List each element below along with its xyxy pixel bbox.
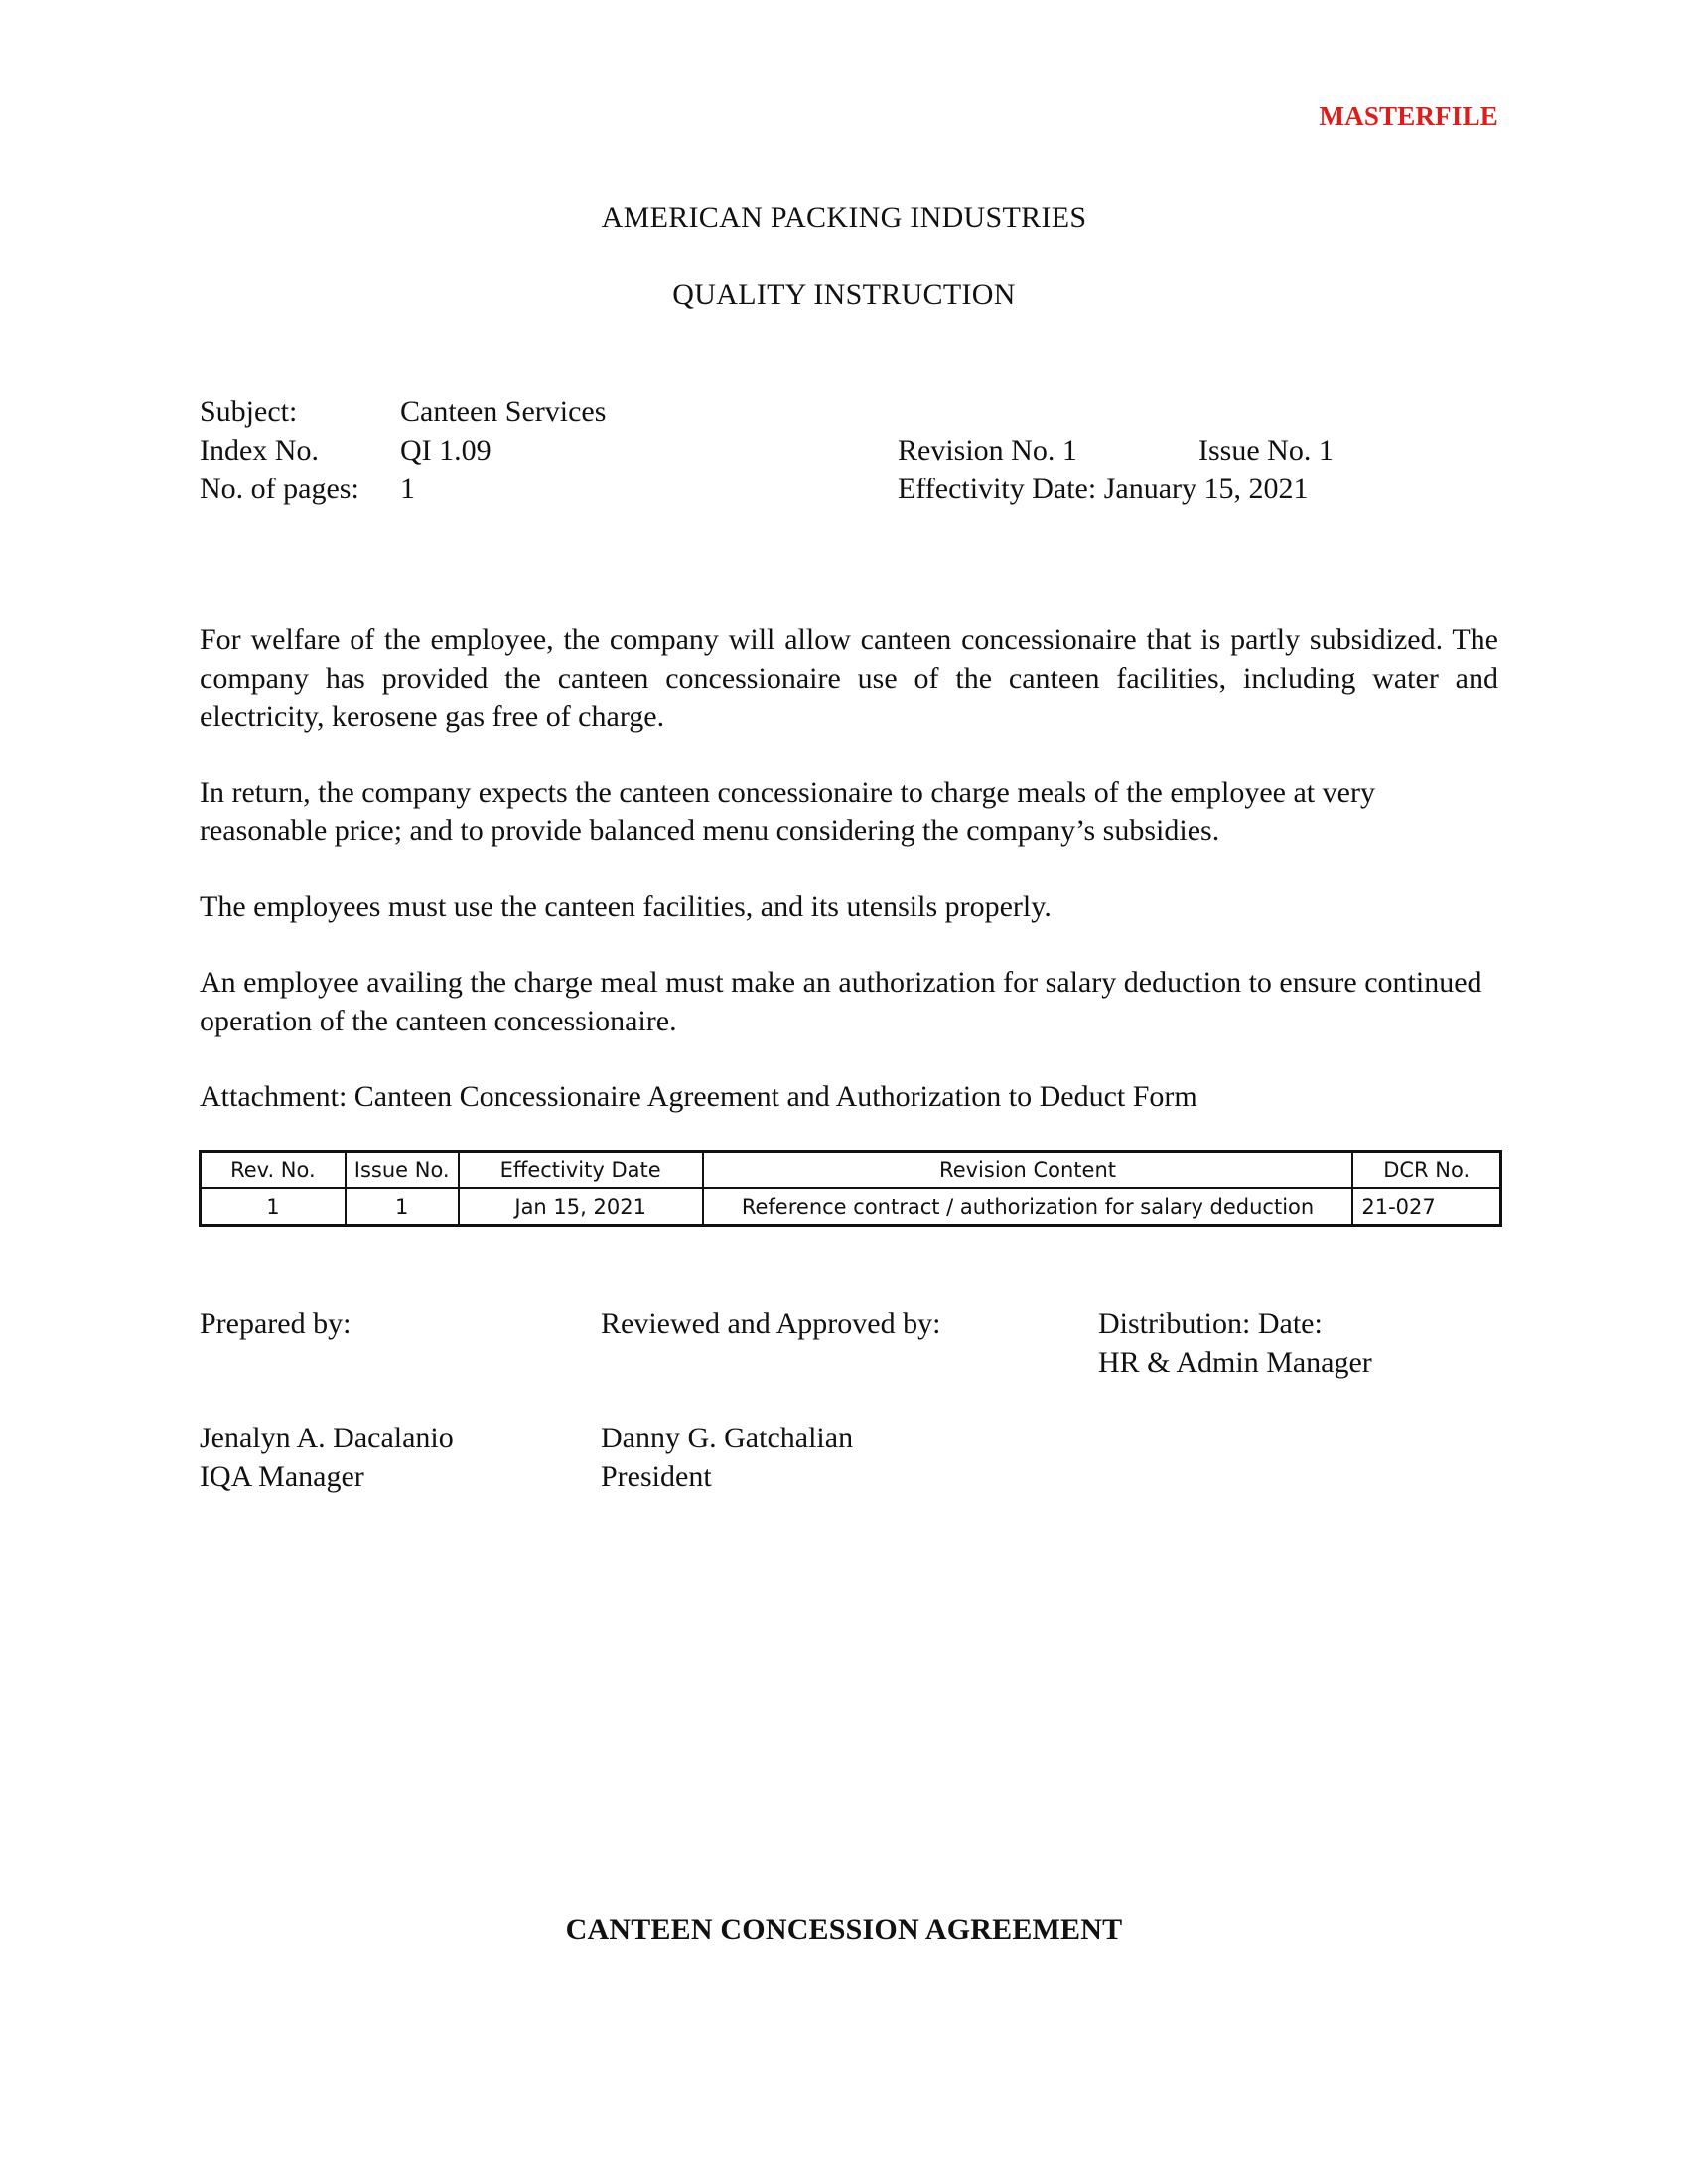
agreement-title: CANTEEN CONCESSION AGREEMENT (0, 1913, 1688, 1947)
effectivity-date: Effectivity Date: January 15, 2021 (898, 471, 1309, 508)
subject-value: Canteen Services (400, 393, 606, 431)
cell-revision-content: Reference contract / authorization for s… (703, 1188, 1353, 1226)
index-value: QI 1.09 (400, 432, 492, 470)
subject-label: Subject: (200, 393, 297, 431)
cell-dcr-no: 21-027 (1352, 1188, 1500, 1226)
pages-label: No. of pages: (200, 471, 359, 508)
prepared-by-label: Prepared by: (200, 1304, 351, 1343)
header-dcr-no: DCR No. (1352, 1152, 1500, 1189)
paragraph-authorization: An employee availing the charge meal mus… (200, 964, 1498, 1040)
company-name: AMERICAN PACKING INDUSTRIES (0, 202, 1688, 235)
header-rev-no: Rev. No. (201, 1152, 346, 1189)
preparer-title: IQA Manager (200, 1457, 364, 1496)
signature-block: Prepared by: Reviewed and Approved by: D… (0, 1304, 1688, 1503)
paragraph-welfare: For welfare of the employee, the company… (200, 621, 1498, 737)
header-effectivity-date: Effectivity Date (459, 1152, 703, 1189)
preparer-name: Jenalyn A. Dacalanio (200, 1419, 454, 1457)
approver-name: Danny G. Gatchalian (601, 1419, 853, 1457)
paragraph-in-return: In return, the company expects the cante… (200, 774, 1498, 851)
cell-rev-no: 1 (201, 1188, 346, 1226)
paragraph-facilities: The employees must use the canteen facil… (200, 888, 1498, 927)
masterfile-stamp: MASTERFILE (1319, 101, 1498, 132)
attachment-note: Attachment: Canteen Concessionaire Agree… (200, 1078, 1498, 1117)
revision-history-table: Rev. No. Issue No. Effectivity Date Revi… (199, 1150, 1502, 1227)
reviewed-approved-label: Reviewed and Approved by: (601, 1304, 940, 1343)
header-revision-content: Revision Content (703, 1152, 1353, 1189)
revision-number: Revision No. 1 (898, 432, 1077, 470)
instruction-body: For welfare of the employee, the company… (200, 621, 1498, 1155)
distribution-value: HR & Admin Manager (1098, 1343, 1372, 1382)
document-meta: Subject: Canteen Services Index No. QI 1… (200, 393, 1500, 512)
table-row: 1 1 Jan 15, 2021 Reference contract / au… (201, 1188, 1501, 1226)
approver-title: President (601, 1457, 712, 1496)
pages-value: 1 (400, 471, 415, 508)
header-issue-no: Issue No. (346, 1152, 459, 1189)
document-type: QUALITY INSTRUCTION (0, 278, 1688, 312)
cell-effectivity-date: Jan 15, 2021 (459, 1188, 703, 1226)
index-label: Index No. (200, 432, 319, 470)
distribution-label: Distribution: Date: (1098, 1304, 1323, 1343)
cell-issue-no: 1 (346, 1188, 459, 1226)
issue-number: Issue No. 1 (1198, 432, 1334, 470)
table-header-row: Rev. No. Issue No. Effectivity Date Revi… (201, 1152, 1501, 1189)
